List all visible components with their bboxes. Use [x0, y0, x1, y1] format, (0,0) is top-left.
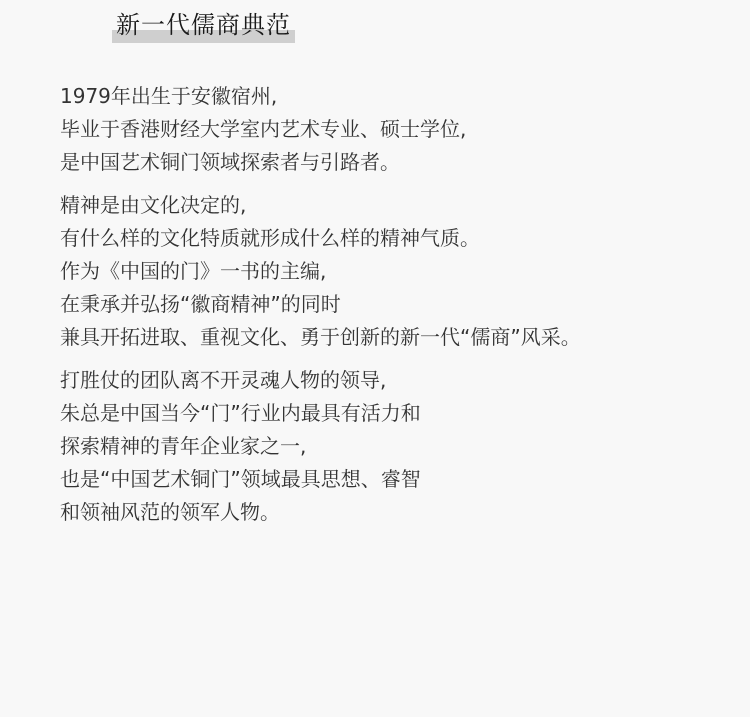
text-line: 作为《中国的门》一书的主编,	[60, 255, 740, 288]
paragraph-background: 1979年出生于安徽宿州, 毕业于香港财经大学室内艺术专业、硕士学位, 是中国艺…	[60, 80, 740, 179]
text-line: 朱总是中国当今“门”行业内最具有活力和	[60, 397, 740, 430]
bio-content: 1979年出生于安徽宿州, 毕业于香港财经大学室内艺术专业、硕士学位, 是中国艺…	[60, 80, 740, 539]
text-line: 1979年出生于安徽宿州,	[60, 80, 740, 113]
text-line: 和领袖风范的领军人物。	[60, 496, 740, 529]
text-line: 打胜仗的团队离不开灵魂人物的领导,	[60, 364, 740, 397]
text-line: 兼具开拓进取、重视文化、勇于创新的新一代“儒商”风采。	[60, 321, 740, 354]
text-line: 是中国艺术铜门领域探索者与引路者。	[60, 146, 740, 179]
page-title: 新一代儒商典范	[112, 8, 295, 44]
text-line: 探索精神的青年企业家之一,	[60, 430, 740, 463]
paragraph-spirit: 精神是由文化决定的, 有什么样的文化特质就形成什么样的精神气质。 作为《中国的门…	[60, 189, 740, 354]
text-line: 毕业于香港财经大学室内艺术专业、硕士学位,	[60, 113, 740, 146]
paragraph-leadership: 打胜仗的团队离不开灵魂人物的领导, 朱总是中国当今“门”行业内最具有活力和 探索…	[60, 364, 740, 529]
text-line: 精神是由文化决定的,	[60, 189, 740, 222]
title-block: 新一代儒商典范	[112, 8, 295, 46]
text-line: 也是“中国艺术铜门”领域最具思想、睿智	[60, 463, 740, 496]
text-line: 在秉承并弘扬“徽商精神”的同时	[60, 288, 740, 321]
text-line: 有什么样的文化特质就形成什么样的精神气质。	[60, 222, 740, 255]
